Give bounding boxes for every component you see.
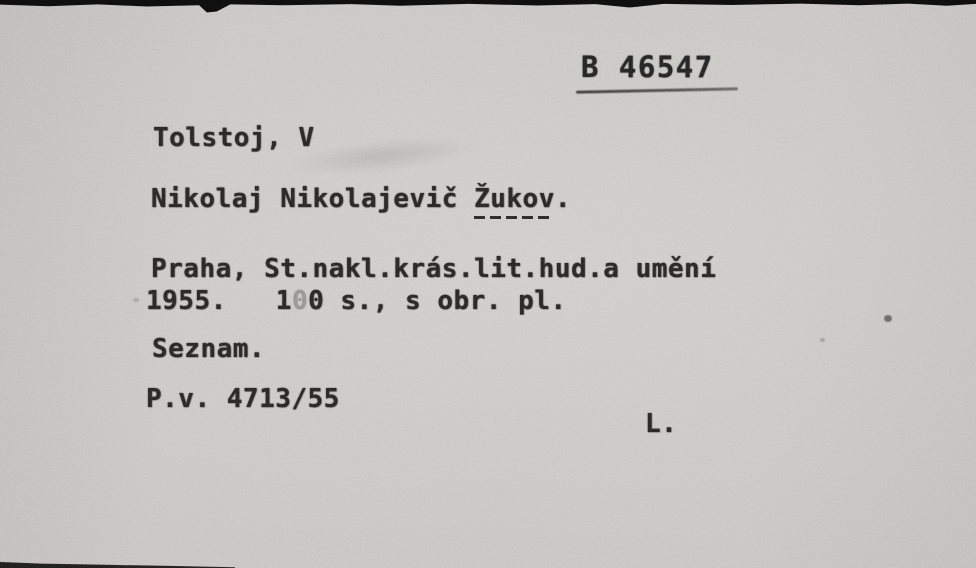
title-prefix: Nikolaj Nikolajevič	[151, 184, 474, 214]
pages-part-faded: 0	[292, 286, 308, 316]
ink-speck	[820, 338, 825, 342]
author-heading: Tolstoj, V	[153, 123, 315, 153]
ink-smudge	[287, 130, 479, 182]
paper-texture	[0, 0, 976, 568]
call-number-underline	[576, 87, 738, 93]
scan-edge-bottom-left	[0, 560, 235, 568]
ink-speck	[133, 298, 139, 302]
note-line: Seznam.	[152, 334, 265, 364]
call-number: B 46547	[581, 50, 714, 84]
imprint-line-1: Praha, St.nakl.krás.lit.hud.a umění	[151, 254, 716, 284]
scan-edge-top	[0, 0, 976, 13]
pages-part2: 0 s., s obr. pl.	[308, 286, 566, 316]
imprint-line-2: 1955.100 s., s obr. pl.	[146, 286, 567, 316]
accession-number: P.v. 4713/55	[146, 384, 340, 414]
catalog-card: B 46547 Tolstoj, V Nikolaj Nikolajevič Ž…	[0, 0, 976, 568]
cataloguer-initial: L.	[645, 409, 677, 439]
title-underlined-name: Žukov	[474, 184, 555, 219]
imprint-year: 1955.	[146, 286, 227, 316]
ink-speck	[884, 315, 892, 322]
title-suffix: .	[555, 184, 571, 214]
pages-part1: 1	[276, 286, 292, 316]
title-line: Nikolaj Nikolajevič Žukov.	[151, 184, 571, 214]
